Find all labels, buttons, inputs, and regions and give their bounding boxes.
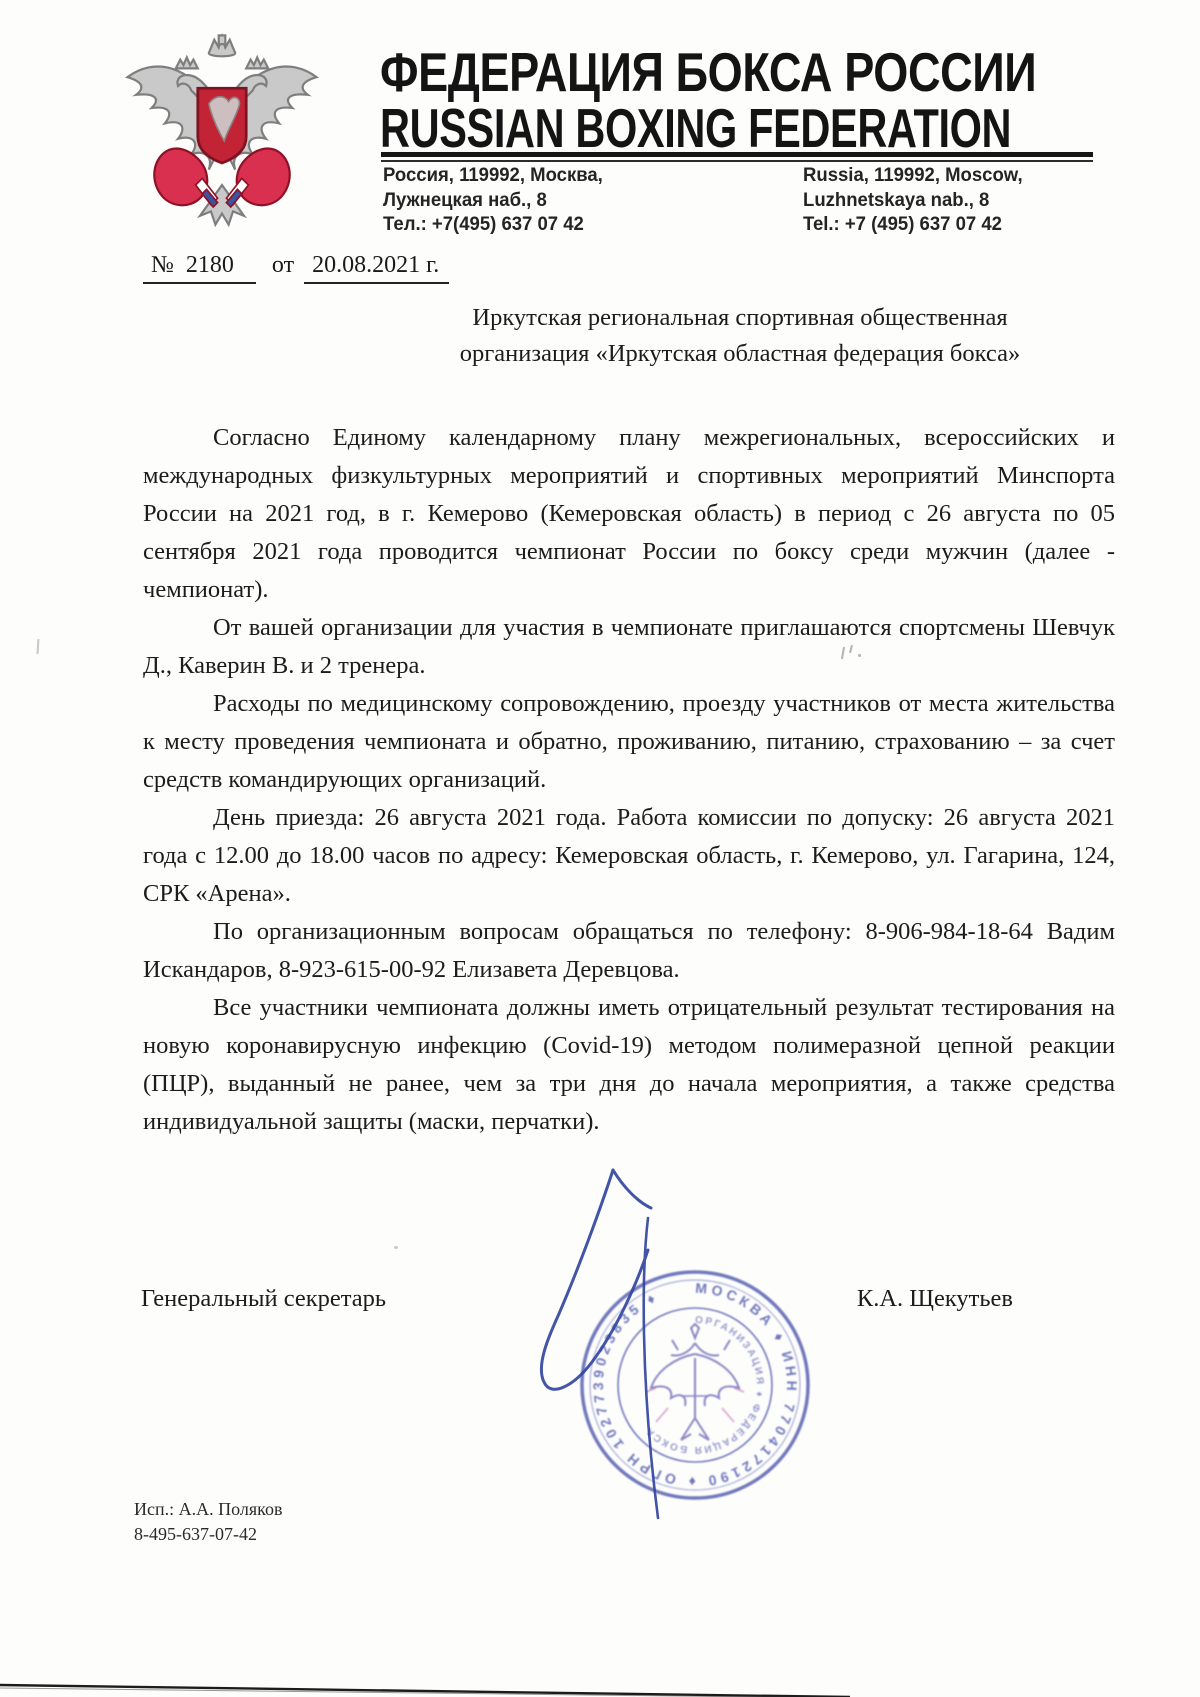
- address-en-line1: Russia, 119992, Moscow,: [803, 163, 1023, 188]
- address-ru-line2: Лужнецкая наб., 8: [383, 188, 547, 213]
- paragraph-3: Расходы по медицинскому сопровождению, п…: [143, 685, 1115, 799]
- org-title-ru: ФЕДЕРАЦИЯ БОКСА РОССИИ: [380, 40, 1100, 104]
- stamp-inner-text: ОРГАНИЗАЦИЯ ♦ ФЕДЕРАЦИЯ БОКСА: [643, 1315, 765, 1455]
- paragraph-4: День приезда: 26 августа 2021 года. Рабо…: [143, 799, 1115, 913]
- recipient-line2: организация «Иркутская областная федерац…: [438, 336, 1042, 372]
- stamp-eagle: [651, 1324, 739, 1440]
- scan-speck-dot: [394, 1246, 398, 1249]
- paragraph-5: По организационным вопросам обращаться п…: [143, 913, 1115, 989]
- org-title-ru-text: ФЕДЕРАЦИЯ БОКСА РОССИИ: [380, 40, 1036, 104]
- letterhead-rule: [381, 152, 1093, 162]
- address-en-line2: Luzhnetskaya nab., 8: [803, 188, 989, 213]
- address-block-ru: Россия, 119992, Москва, Лужнецкая наб., …: [383, 163, 614, 237]
- org-title-en-text: RUSSIAN BOXING FEDERATION: [380, 96, 1011, 160]
- reference-line: № 2180 от20.08.2021 г.: [143, 252, 449, 284]
- executor-name: Исп.: А.А. Поляков: [134, 1497, 282, 1522]
- scan-speck-right: [842, 645, 868, 661]
- address-block-en: Russia, 119992, Moscow, Luzhnetskaya nab…: [803, 163, 1034, 237]
- scan-speck-left: [36, 639, 39, 654]
- recipient-line1: Иркутская региональная спортивная общест…: [438, 300, 1042, 336]
- address-en-line3: Tel.: +7 (495) 637 07 42: [803, 212, 1002, 237]
- paragraph-2: От вашей организации для участия в чемпи…: [143, 609, 1115, 685]
- address-ru-line3: Тел.: +7(495) 637 07 42: [383, 212, 584, 237]
- doc-number: № 2180: [143, 252, 256, 284]
- signer-name: К.А. Щекутьев: [857, 1285, 1013, 1313]
- recipient-block: Иркутская региональная спортивная общест…: [438, 300, 1042, 372]
- from-label: от: [272, 252, 294, 278]
- federation-emblem: [112, 18, 332, 242]
- scan-artifact-line: [0, 1678, 900, 1697]
- scanned-letter-page: ФЕДЕРАЦИЯ БОКСА РОССИИ RUSSIAN BOXING FE…: [0, 0, 1200, 1697]
- svg-text:ОРГАНИЗАЦИЯ ♦ ФЕДЕРАЦИЯ БОКСА: ОРГАНИЗАЦИЯ ♦ ФЕДЕРАЦИЯ БОКСА: [643, 1315, 765, 1455]
- executor-phone: 8-495-637-07-42: [134, 1522, 282, 1547]
- paragraph-6: Все участники чемпионата должны иметь от…: [143, 989, 1115, 1141]
- address-ru-line1: Россия, 119992, Москва,: [383, 163, 603, 188]
- executor-block: Исп.: А.А. Поляков 8-495-637-07-42: [134, 1497, 282, 1547]
- letter-body: Согласно Единому календарному плану межр…: [143, 419, 1115, 1141]
- org-title-en: RUSSIAN BOXING FEDERATION: [380, 96, 1100, 160]
- signer-title: Генеральный секретарь: [141, 1285, 386, 1313]
- round-stamp-with-signature: МОСКВА ♦ ИНН 7704172190 ♦ ОГРН 102773902…: [518, 1158, 862, 1554]
- paragraph-1: Согласно Единому календарному плану межр…: [143, 419, 1115, 609]
- doc-date: 20.08.2021 г.: [304, 252, 449, 284]
